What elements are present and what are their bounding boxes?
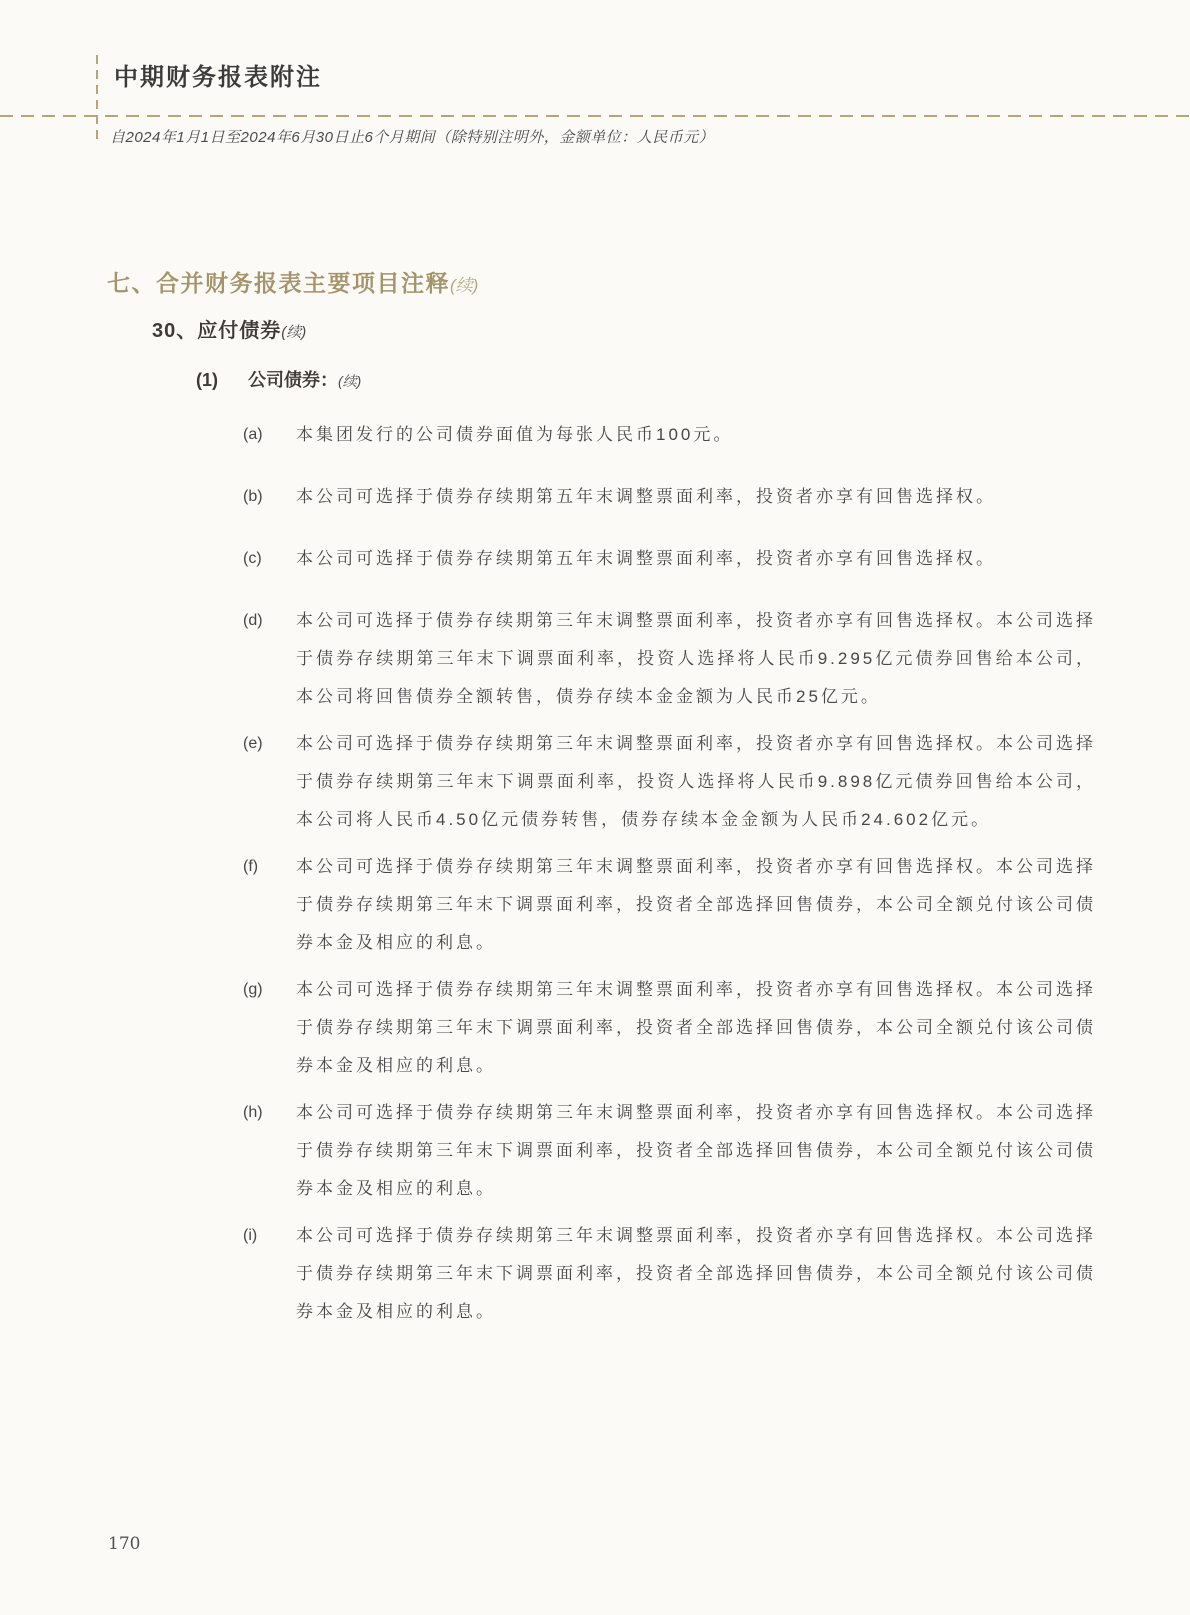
paragraph-item: (f) 本公司可选择于债券存续期第三年末调整票面利率，投资者亦享有回售选择权。本…: [243, 848, 1097, 962]
subsection-continued-marker: (续): [281, 324, 306, 341]
paragraph-label: (h): [243, 1094, 296, 1208]
paragraph-label: (c): [243, 540, 296, 578]
document-subtitle: 自2024年1月1日至2024年6月30日止6个月期间（除特别注明外，金额单位：…: [110, 126, 714, 147]
paragraph-item: (b) 本公司可选择于债券存续期第五年末调整票面利率，投资者亦享有回售选择权。: [243, 478, 1097, 516]
page-number: 170: [108, 1534, 140, 1554]
paragraph-item: (c) 本公司可选择于债券存续期第五年末调整票面利率，投资者亦享有回售选择权。: [243, 540, 1097, 578]
section-continued-marker: (续): [450, 276, 478, 295]
paragraph-item: (g) 本公司可选择于债券存续期第三年末调整票面利率，投资者亦享有回售选择权。本…: [243, 971, 1097, 1085]
paragraph-text: 本公司可选择于债券存续期第五年末调整票面利率，投资者亦享有回售选择权。: [296, 540, 1096, 578]
paragraph-label: (b): [243, 478, 296, 516]
paragraph-text: 本公司可选择于债券存续期第三年末调整票面利率，投资者亦享有回售选择权。本公司选择…: [296, 1217, 1096, 1331]
subsection-heading-text: 30、应付债券: [152, 320, 281, 342]
section-heading-text: 七、合并财务报表主要项目注释: [107, 270, 450, 296]
paragraph-text: 本公司可选择于债券存续期第三年末调整票面利率，投资者亦享有回售选择权。本公司选择…: [296, 602, 1096, 716]
paragraph-text: 本公司可选择于债券存续期第三年末调整票面利率，投资者亦享有回售选择权。本公司选择…: [296, 848, 1096, 962]
paragraph-label: (d): [243, 602, 296, 716]
paragraph-text: 本公司可选择于债券存续期第三年末调整票面利率，投资者亦享有回售选择权。本公司选择…: [296, 971, 1096, 1085]
paragraph-text: 本公司可选择于债券存续期第五年末调整票面利率，投资者亦享有回售选择权。: [296, 478, 1096, 516]
content-area: 七、合并财务报表主要项目注释(续) 30、应付债券(续) (1) 公司债券：(续…: [0, 270, 1190, 1340]
paragraph-label: (g): [243, 971, 296, 1085]
paragraph-item: (d) 本公司可选择于债券存续期第三年末调整票面利率，投资者亦享有回售选择权。本…: [243, 602, 1097, 716]
paragraph-label: (f): [243, 848, 296, 962]
paragraph-item: (a) 本集团发行的公司债券面值为每张人民币100元。: [243, 416, 1097, 454]
subsection-heading: 30、应付债券(续): [152, 319, 1190, 345]
document-title: 中期财务报表附注: [114, 57, 322, 92]
paragraph-text: 本集团发行的公司债券面值为每张人民币100元。: [296, 416, 1096, 454]
header-vertical-dashed-rule: [96, 55, 98, 139]
item-heading: (1) 公司债券：(续): [196, 369, 1190, 392]
document-page: 中期财务报表附注 自2024年1月1日至2024年6月30日止6个月期间（除特别…: [0, 0, 1190, 1615]
paragraph-list: (a) 本集团发行的公司债券面值为每张人民币100元。 (b) 本公司可选择于债…: [243, 416, 1097, 1331]
paragraph-label: (i): [243, 1217, 296, 1331]
item-heading-text: 公司债券：(续): [248, 369, 1190, 392]
section-heading: 七、合并财务报表主要项目注释(续): [107, 270, 1190, 299]
item-title-text: 公司债券：: [248, 370, 338, 390]
paragraph-item: (h) 本公司可选择于债券存续期第三年末调整票面利率，投资者亦享有回售选择权。本…: [243, 1094, 1097, 1208]
paragraph-item: (i) 本公司可选择于债券存续期第三年末调整票面利率，投资者亦享有回售选择权。本…: [243, 1217, 1097, 1331]
paragraph-label: (e): [243, 725, 296, 839]
paragraph-text: 本公司可选择于债券存续期第三年末调整票面利率，投资者亦享有回售选择权。本公司选择…: [296, 1094, 1096, 1208]
paragraph-item: (e) 本公司可选择于债券存续期第三年末调整票面利率，投资者亦享有回售选择权。本…: [243, 725, 1097, 839]
item-continued-marker: (续): [338, 373, 361, 389]
paragraph-label: (a): [243, 416, 296, 454]
header-horizontal-dashed-rule: [0, 115, 1190, 117]
paragraph-text: 本公司可选择于债券存续期第三年末调整票面利率，投资者亦享有回售选择权。本公司选择…: [296, 725, 1096, 839]
item-number-label: (1): [196, 369, 248, 392]
